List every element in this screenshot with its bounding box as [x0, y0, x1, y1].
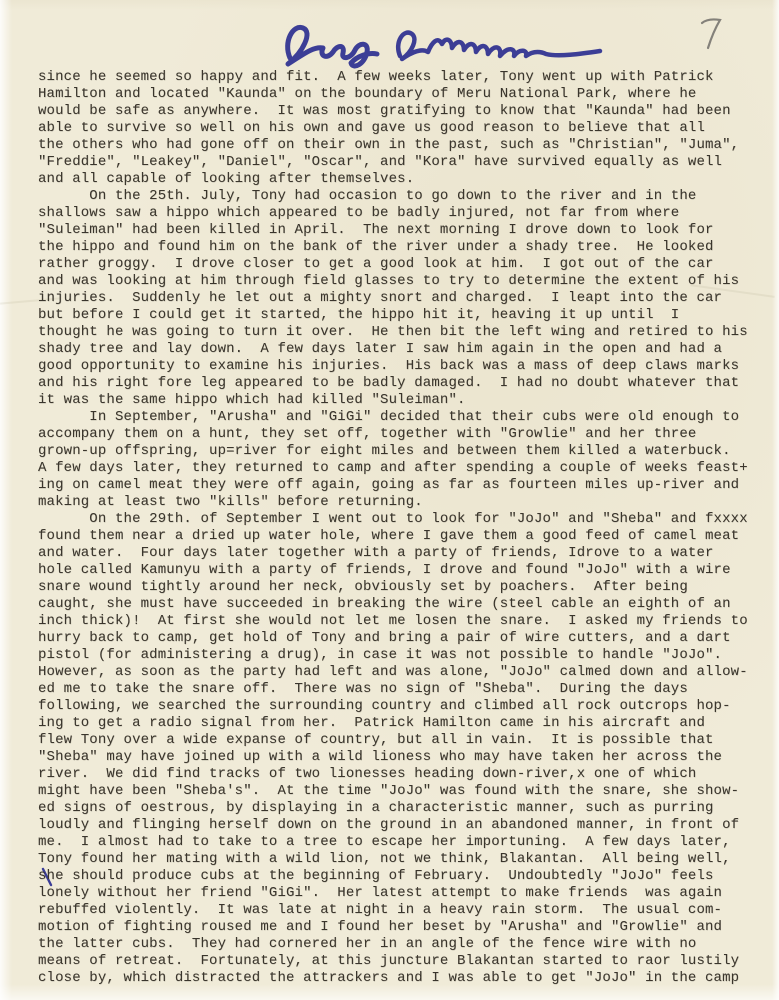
typescript-line: "Sheba" may have joined up with a wild l…: [38, 749, 758, 766]
typescript-line: "Freddie", "Leakey", "Daniel", "Oscar", …: [38, 154, 758, 171]
typescript-line: rather groggy. I drove closer to get a g…: [38, 256, 758, 273]
typescript-line: ed me to take the snare off. There was n…: [38, 681, 758, 698]
typescript-line: means of retreat. Fortunately, at this j…: [38, 953, 758, 970]
typescript-line: shallows saw a hippo which appeared to b…: [38, 205, 758, 222]
typescript-line: the hippo and found him on the bank of t…: [38, 239, 758, 256]
typescript-line: In September, "Arusha" and "GiGi" decide…: [38, 409, 758, 426]
typescript-line: shady tree and lay down. A few days late…: [38, 341, 758, 358]
typescript-line: ing on camel meat they were off again, g…: [38, 477, 758, 494]
typescript-line: and water. Four days later together with…: [38, 545, 758, 562]
typescript-line: found them near a dried up water hole, w…: [38, 528, 758, 545]
typewritten-page: 7 since he seemed so happy and fit. A fe…: [0, 0, 779, 1000]
typescript-line: and was looking at him through field gla…: [38, 273, 758, 290]
typescript-line: pistol (for administering a drug), in ca…: [38, 647, 758, 664]
typescript-line: and his right fore leg appeared to be ba…: [38, 375, 758, 392]
typescript-line: ed signs of oestrous, by displaying in a…: [38, 800, 758, 817]
typescript-line: the latter cubs. They had cornered her i…: [38, 936, 758, 953]
typescript-line: "Suleiman" had been killed in April. The…: [38, 222, 758, 239]
typescript-line: grown-up offspring, up=river for eight m…: [38, 443, 758, 460]
typescript-line: Hamilton and located "Kaunda" on the bou…: [38, 86, 758, 103]
typescript-line: On the 25th. July, Tony had occasion to …: [38, 188, 758, 205]
typescript-line: and all capable of looking after themsel…: [38, 171, 758, 188]
typescript-line: she should produce cubs at the beginning…: [38, 868, 758, 885]
typescript-line: it was the same hippo which had killed "…: [38, 392, 758, 409]
typescript-line: injuries. Suddenly he let out a mighty s…: [38, 290, 758, 307]
typescript-line: would be safe as anywhere. It was most g…: [38, 103, 758, 120]
typescript-line: A few days later, they returned to camp …: [38, 460, 758, 477]
typescript-line: loudly and flinging herself down on the …: [38, 817, 758, 834]
typescript-line: making at least two "kills" before retur…: [38, 494, 758, 511]
typescript-line: good opportunity to examine his injuries…: [38, 358, 758, 375]
typescript-body: since he seemed so happy and fit. A few …: [38, 69, 758, 987]
typescript-line: However, as soon as the party had left a…: [38, 664, 758, 681]
typescript-line: flew Tony over a wide expanse of country…: [38, 732, 758, 749]
typescript-line: caught, she must have succeeded in break…: [38, 596, 758, 613]
typescript-line: me. I almost had to take to a tree to es…: [38, 834, 758, 851]
typescript-line: snare wound tightly around her neck, obv…: [38, 579, 758, 596]
signature-george-adamson: [278, 12, 623, 72]
page-number: 7: [698, 14, 726, 54]
typescript-line: hole called Kamunyu with a party of frie…: [38, 562, 758, 579]
typescript-line: thought he was going to turn it over. He…: [38, 324, 758, 341]
typescript-line: might have been "Sheba's". At the time "…: [38, 783, 758, 800]
typescript-line: close by, which distracted the attracker…: [38, 970, 758, 987]
typescript-line: but before I could get it started, the h…: [38, 307, 758, 324]
typescript-line: able to survive so well on his own and g…: [38, 120, 758, 137]
typescript-line: rebuffed violently. It was late at night…: [38, 902, 758, 919]
typescript-line: ing to get a radio signal from her. Patr…: [38, 715, 758, 732]
typescript-line: motion of fighting roused me and I found…: [38, 919, 758, 936]
typescript-line: following, we searched the surrounding c…: [38, 698, 758, 715]
typescript-line: accompany them on a hunt, they set off, …: [38, 426, 758, 443]
typescript-line: hurry back to camp, get hold of Tony and…: [38, 630, 758, 647]
typescript-line: lonely without her friend "GiGi". Her la…: [38, 885, 758, 902]
typescript-line: the others who had gone off on their own…: [38, 137, 758, 154]
typescript-line: since he seemed so happy and fit. A few …: [38, 69, 758, 86]
typescript-line: Tony found her mating with a wild lion, …: [38, 851, 758, 868]
typescript-line: river. We did find tracks of two lioness…: [38, 766, 758, 783]
typescript-line: inch thick)! At first she would not let …: [38, 613, 758, 630]
typescript-line: On the 29th. of September I went out to …: [38, 511, 758, 528]
